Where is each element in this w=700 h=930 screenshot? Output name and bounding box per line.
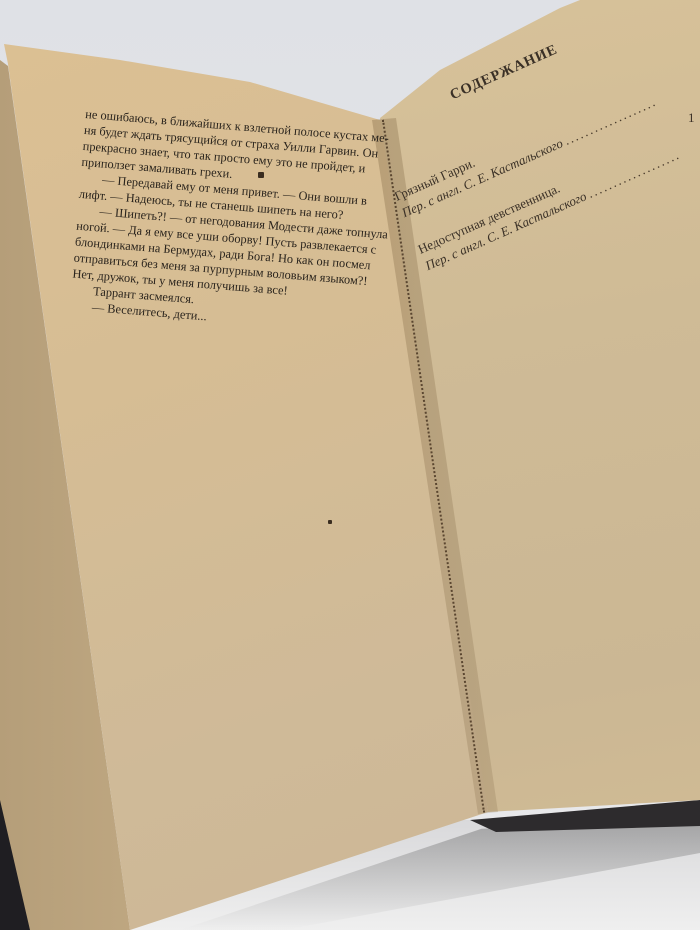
toc-page-number: 1 (688, 110, 695, 126)
photo-scene: не ошибаюсь, в ближайших к взлетной поло… (0, 0, 700, 930)
left-page-text: не ошибаюсь, в ближайших к взлетной поло… (69, 106, 385, 337)
paper-speck (328, 520, 332, 524)
ink-blot (258, 172, 264, 178)
